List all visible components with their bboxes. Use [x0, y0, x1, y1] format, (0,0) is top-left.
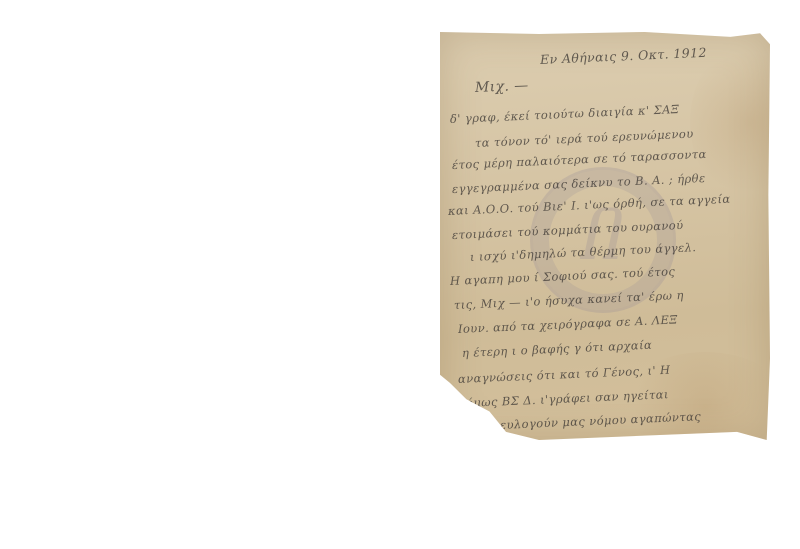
letter-page: Ⴖ Εν Αθήναις 9. Οκτ. 1912 Μιχ. — δ' γραφ…: [440, 32, 770, 440]
letter-line: τα τόνον τό' ιερά τού ερευνώμενου: [475, 126, 694, 150]
letter-line: δ' γραφ, έκεί τοιούτω διαιγία κ' ΣΑΞ: [450, 102, 680, 126]
paper-stain: [690, 42, 800, 202]
seal-monogram: Ⴖ: [533, 204, 673, 274]
letter-line: η έτερη ι ο βαφής γ ότι αρχαία: [462, 338, 653, 360]
letter-salutation: Μιχ. —: [475, 78, 529, 96]
letter-line: έτος μέρη παλαιότερα σε τό ταρασσοντα: [452, 147, 707, 172]
letter-line: Ιουν. από τα χειρόγραφα σε Α. ΛΕΞ: [458, 312, 678, 336]
letter-date-header: Εν Αθήναις 9. Οκτ. 1912: [540, 45, 707, 67]
